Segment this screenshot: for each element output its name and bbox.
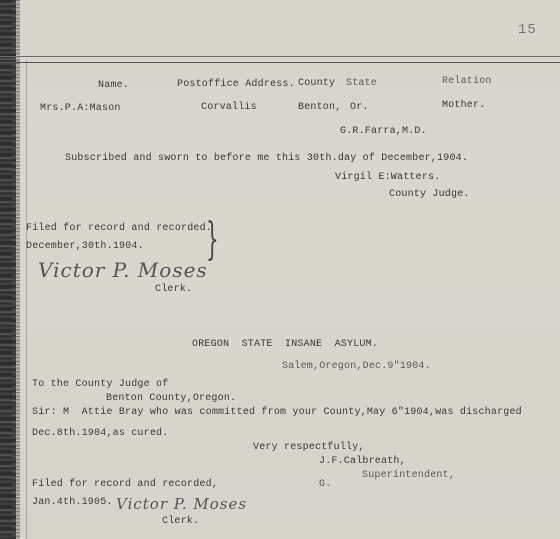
letter-place-date: Salem,Oregon,Dec.9"1904. xyxy=(282,361,431,373)
header-name: Name. xyxy=(98,80,129,92)
margin-line xyxy=(26,60,27,539)
filing1-clerk-signature: Victor P. Moses xyxy=(38,258,208,282)
header-state: State xyxy=(346,78,377,90)
header-relation: Relation xyxy=(442,76,492,88)
page-number: 15 xyxy=(518,22,537,38)
filing2-role: Clerk. xyxy=(162,516,199,528)
filing1-line1: Filed for record and recorded. xyxy=(26,223,212,235)
row-state: Or. xyxy=(350,102,369,114)
filing1-role: Clerk. xyxy=(155,284,192,296)
judge-name: Virgil E:Watters. xyxy=(335,172,440,184)
row-name: Mrs.P.A:Mason xyxy=(40,103,121,115)
letter-body-line2: Dec.8th.1904,as cured. xyxy=(32,428,168,440)
letter-initial: G. xyxy=(319,479,331,491)
letter-closing: Very respectfully, xyxy=(253,442,365,454)
letter-signer: J.F.Calbreath, xyxy=(319,456,406,468)
sworn-statement: Subscribed and sworn to before me this 3… xyxy=(65,153,468,165)
filing2-clerk-signature: Victor P. Moses xyxy=(116,495,247,513)
filing2-line1: Filed for record and recorded, xyxy=(32,479,218,491)
letter-signer-title: Superintendent, xyxy=(362,470,455,482)
row-postoffice: Corvallis xyxy=(201,102,257,114)
physician-signature: G.R.Farra,M.D. xyxy=(340,126,427,138)
salutation-line1: To the County Judge of xyxy=(32,379,168,391)
document-page: 15 Name. Postoffice Address. County Stat… xyxy=(0,0,560,539)
filing2-date: Jan.4th.1905. xyxy=(32,497,113,509)
row-county: Benton, xyxy=(298,102,341,114)
header-postoffice: Postoffice Address. xyxy=(177,79,295,91)
header-rule-top xyxy=(0,56,560,57)
binding-edge xyxy=(0,0,16,539)
letter-body-line1: Sir: M Attie Bray who was committed from… xyxy=(32,407,522,419)
salutation-line2: Benton County,Oregon. xyxy=(106,393,236,405)
header-rule-bottom xyxy=(0,62,560,63)
row-relation: Mother. xyxy=(442,100,485,112)
judge-title: County Judge. xyxy=(389,189,470,201)
header-county: County xyxy=(298,78,335,90)
letter-heading: OREGON STATE INSANE ASYLUM. xyxy=(192,339,378,351)
filing1-date: December,30th.1904. xyxy=(26,241,144,253)
bracket: } xyxy=(206,218,219,262)
